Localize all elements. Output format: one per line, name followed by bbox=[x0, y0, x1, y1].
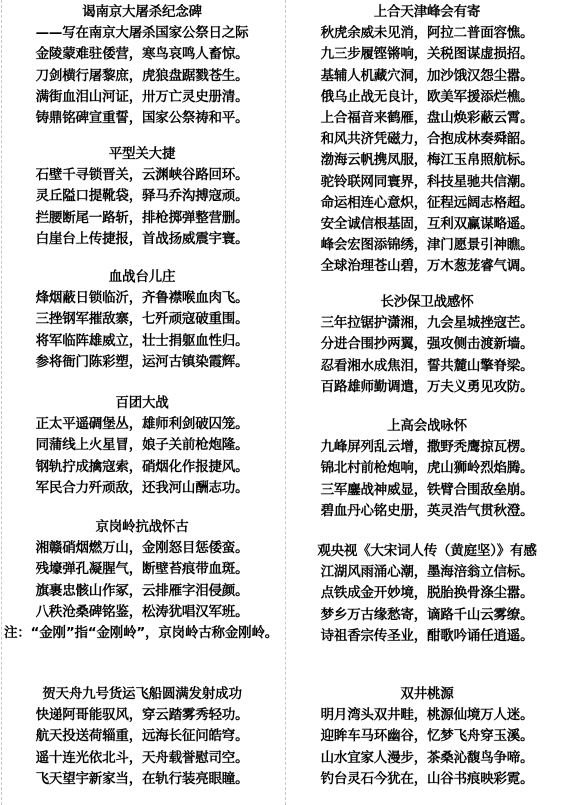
poem-line: 梦乡万古缘愁寄，谪路千山云雾缭。 bbox=[285, 605, 568, 626]
poem-title: 上高会战咏怀 bbox=[285, 416, 568, 437]
poem-title: 上合天津峰会有寄 bbox=[285, 2, 568, 23]
poem-line: 渤海云帆携凤服，梅江玉帛照航标。 bbox=[285, 150, 568, 171]
poem-hundred-regiments: 百团大战 正太平遥碉堡丛，雄师利剑破囚笼。 同蒲线上火星冒，娘子关前枪炮隆。 钢… bbox=[0, 393, 284, 499]
poem-title: 贺天舟九号货运飞船圆满发射成功 bbox=[0, 684, 284, 705]
poem-line: 同蒲线上火星冒，娘子关前枪炮隆。 bbox=[0, 435, 284, 456]
poem-pingxingguan: 平型关大捷 石壁千寻锁晋关，云渊峡谷路回环。 灵丘隘口提靴袋，驿马乔沟搏寇顽。 … bbox=[0, 144, 284, 250]
poem-title: 双井桃源 bbox=[285, 684, 568, 705]
poem-line: 湘赣硝烟燃万山，金刚怒目惩倭蛮。 bbox=[0, 538, 284, 559]
poem-line: 九峰屏列乱云增，撒野秃鹰掠瓦楞。 bbox=[285, 437, 568, 458]
poem-line: 百路雄师勤调遣，万夫义勇见攻防。 bbox=[285, 377, 568, 398]
poem-title: 平型关大捷 bbox=[0, 144, 284, 165]
poem-line: 金陵蒙难驻倭营，寒鸟哀鸣人畜惊。 bbox=[0, 44, 284, 65]
poem-line: 江湖风雨涌心潮，墨海涪翁立信标。 bbox=[285, 562, 568, 583]
poem-line: 基辅人机藏穴洞，加沙饿汉怨尘嚣。 bbox=[285, 66, 568, 87]
poem-note: 注：“金刚”指“金刚岭”，京岗岭古称金刚岭。 bbox=[0, 623, 284, 644]
poem-subtitle: ——写在南京大屠杀国家公祭日之际 bbox=[0, 23, 284, 44]
poem-line: 命运相连心意炽，征程远阔志格超。 bbox=[285, 193, 568, 214]
poem-line: 安全诚信根基固，互利双赢谋略遥。 bbox=[285, 214, 568, 235]
poem-shanggao-battle: 上高会战咏怀 九峰屏列乱云增，撒野秃鹰掠瓦楞。 锦北村前枪炮响，虎山狮岭烈焰腾。… bbox=[285, 416, 568, 522]
poem-line: 旗裹忠骸山作冢，云排雁字泪侵颜。 bbox=[0, 581, 284, 602]
poem-title: 血战台儿庄 bbox=[0, 267, 284, 288]
poem-line: 遥十连光依北斗，天舟载誉慰司空。 bbox=[0, 748, 284, 769]
poem-line: 参将衙门陈彩塑，运河古镇染霞辉。 bbox=[0, 352, 284, 373]
poem-line: 秋虎余威未见消，阿拉二普面容憔。 bbox=[285, 23, 568, 44]
poem-nanjing-memorial: 谒南京大屠杀纪念碑 ——写在南京大屠杀国家公祭日之际 金陵蒙难驻倭营，寒鸟哀鸣人… bbox=[0, 2, 284, 129]
poem-line: 上合福音来鹤雁，盘山焕彩蔽云霄。 bbox=[285, 108, 568, 129]
poem-title: 观央视《大宋词人传（黄庭坚）》有感 bbox=[285, 541, 568, 562]
poem-line: 锦北村前枪炮响，虎山狮岭烈焰腾。 bbox=[285, 458, 568, 479]
poem-line: 钢轨拧成擒寇索，硝烟化作报捷风。 bbox=[0, 457, 284, 478]
poem-document: 谒南京大屠杀纪念碑 ——写在南京大屠杀国家公祭日之际 金陵蒙难驻倭营，寒鸟哀鸣人… bbox=[0, 0, 568, 805]
poem-shuangjing-taoyuan: 双井桃源 明月湾头双井畦，桃源仙境万人迷。 迎眸车马环幽谷，忆梦飞舟穿玉溪。 山… bbox=[285, 684, 568, 790]
poem-line: 八秩沧桑碑铭鉴，松涛犹唱汉军班。 bbox=[0, 602, 284, 623]
poem-line: 明月湾头双井畦，桃源仙境万人迷。 bbox=[285, 705, 568, 726]
poem-line: 分进合围抄两翼，强攻侧击渡新墙。 bbox=[285, 334, 568, 355]
poem-line: 三军鏖战神威显，铁臂合围敌垒崩。 bbox=[285, 480, 568, 501]
poem-taierzhuang: 血战台儿庄 烽烟蔽日锁临沂，齐鲁襟喉血肉飞。 三挫钢军摧敌寨，七歼顽寇破重围。 … bbox=[0, 267, 284, 373]
poem-line: 满街血泪山河证，卅万亡灵史册清。 bbox=[0, 87, 284, 108]
poem-line: 白崖台上传捷报，首战扬威震宇寰。 bbox=[0, 229, 284, 250]
poem-line: 快递阿哥能驭风，穿云踏雾秀轻功。 bbox=[0, 705, 284, 726]
poem-line: 航天投送荷辎重，远海长征问皓穹。 bbox=[0, 726, 284, 747]
poem-line: 烽烟蔽日锁临沂，齐鲁襟喉血肉飞。 bbox=[0, 288, 284, 309]
poem-line: 灵丘隘口提靴袋，驿马乔沟搏寇顽。 bbox=[0, 186, 284, 207]
poem-line: 将军临阵雄威立，壮士捐躯血性归。 bbox=[0, 331, 284, 352]
poem-line: 钓台灵石今犹在，山谷书痕映彩霓。 bbox=[285, 769, 568, 790]
poem-line: 忍看湘水成焦泪，誓共麓山擎脊梁。 bbox=[285, 356, 568, 377]
poem-line: 刀剑横行屠黎庶，虎狼盘踞戮苍生。 bbox=[0, 66, 284, 87]
poem-line: 和风共济凭磁力，合抱成林奏舜韶。 bbox=[285, 129, 568, 150]
poem-title: 长沙保卫战感怀 bbox=[285, 292, 568, 313]
poem-line: 迎眸车马环幽谷，忆梦飞舟穿玉溪。 bbox=[285, 726, 568, 747]
poem-line: 俄乌止战无良计，欧美军援添烂樵。 bbox=[285, 87, 568, 108]
poem-line: 点铁成金开妙境，脱胎换骨涤尘嚣。 bbox=[285, 583, 568, 604]
poem-line: 残壕弹孔凝腥气，断壁苔痕带血斑。 bbox=[0, 559, 284, 580]
poem-line: 军民合力歼顽敌，还我河山酬志功。 bbox=[0, 478, 284, 499]
poem-jinggangling: 京岗岭抗战怀古 湘赣硝烟燃万山，金刚怒目惩倭蛮。 残壕弹孔凝腥气，断壁苔痕带血斑… bbox=[0, 517, 284, 644]
poem-line: 全球治理苍山碧，万木葱茏睿气调。 bbox=[285, 256, 568, 277]
poem-huang-tingjian: 观央视《大宋词人传（黄庭坚）》有感 江湖风雨涌心潮，墨海涪翁立信标。 点铁成金开… bbox=[285, 541, 568, 647]
poem-line: 山水宜家人漫步，茶桑沁馥鸟争啼。 bbox=[285, 748, 568, 769]
poem-line: 飞天望宇新家当，在轨行装亮眼瞳。 bbox=[0, 769, 284, 790]
poem-line: 铸鼎铭碑宣重誓，国家公祭祷和平。 bbox=[0, 108, 284, 129]
poem-title: 谒南京大屠杀纪念碑 bbox=[0, 2, 284, 23]
poem-line: 碧血丹心铭史册，英灵浩气贯秋澄。 bbox=[285, 501, 568, 522]
poem-line: 驼铃联网同寰界，科技星驰共信潮。 bbox=[285, 172, 568, 193]
poem-title: 百团大战 bbox=[0, 393, 284, 414]
poem-line: 诗祖香宗传圣业，酣歌吟诵任逍遥。 bbox=[285, 626, 568, 647]
poem-line: 正太平遥碉堡丛，雄师利剑破囚笼。 bbox=[0, 414, 284, 435]
poem-line: 三年拉锯护潇湘，九会星城挫寇芒。 bbox=[285, 313, 568, 334]
poem-sco-tianjin-summit: 上合天津峰会有寄 秋虎余威未见消，阿拉二普面容憔。 九三步履铿锵响，关税图谋虚损… bbox=[285, 2, 568, 278]
poem-title: 京岗岭抗战怀古 bbox=[0, 517, 284, 538]
poem-line: 拦腰断尾一路斩，排枪掷弹整营删。 bbox=[0, 208, 284, 229]
poem-line: 九三步履铿锵响，关税图谋虚损招。 bbox=[285, 44, 568, 65]
poem-tianzhou-9: 贺天舟九号货运飞船圆满发射成功 快递阿哥能驭风，穿云踏雾秀轻功。 航天投送荷辎重… bbox=[0, 684, 284, 790]
poem-line: 峰会宏图添锦绣，津门愿景引神瞧。 bbox=[285, 235, 568, 256]
poem-changsha-defense: 长沙保卫战感怀 三年拉锯护潇湘，九会星城挫寇芒。 分进合围抄两翼，强攻侧击渡新墙… bbox=[285, 292, 568, 398]
poem-line: 石壁千寻锁晋关，云渊峡谷路回环。 bbox=[0, 165, 284, 186]
poem-line: 三挫钢军摧敌寨，七歼顽寇破重围。 bbox=[0, 309, 284, 330]
